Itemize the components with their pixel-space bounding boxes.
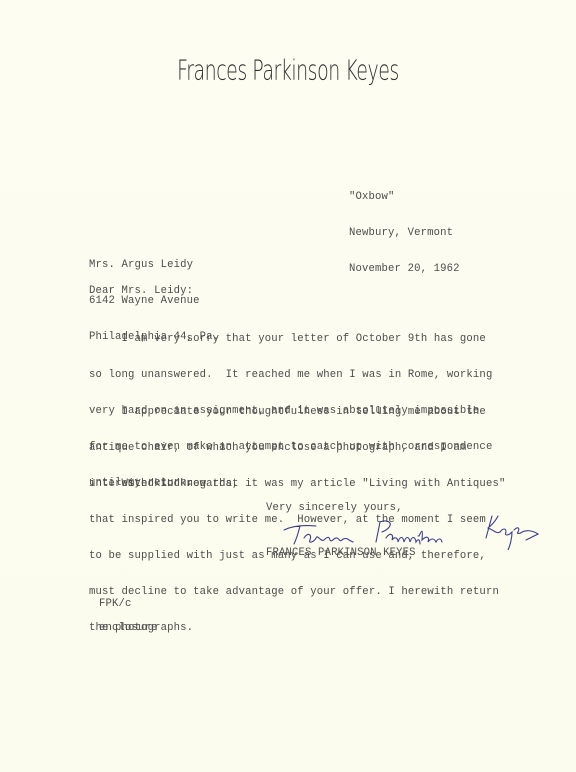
- paragraph-line: I am very sorry that your letter of Octo…: [89, 333, 492, 345]
- paragraph-line: I appreciate your thoughtfulness in tell…: [89, 406, 505, 418]
- salutation: Dear Mrs. Leidy:: [89, 285, 193, 297]
- letter-date: November 20, 1962: [349, 263, 460, 275]
- enclosure-note: enclosure: [99, 622, 158, 634]
- typed-signature-name: FRANCES PARKINSON KEYES: [266, 547, 416, 559]
- handwritten-signature: [282, 510, 562, 550]
- closing-regards: With kind regards,: [89, 478, 239, 490]
- recipient-line: Mrs. Argus Leidy: [89, 259, 219, 271]
- paragraph-line: antique chair, of which you enclose a ph…: [89, 442, 505, 454]
- return-address-line: "Oxbow": [349, 191, 460, 203]
- paragraph-line: so long unanswered. It reached me when I…: [89, 369, 492, 381]
- letterhead: Frances Parkinson Keyes: [0, 55, 576, 87]
- signature-icon: [282, 510, 562, 550]
- return-address-line: Newbury, Vermont: [349, 227, 460, 239]
- return-address: "Oxbow" Newbury, Vermont November 20, 19…: [349, 167, 460, 299]
- paragraph-line: must decline to take advantage of your o…: [89, 586, 505, 598]
- letter-page: Frances Parkinson Keyes "Oxbow" Newbury,…: [0, 0, 576, 772]
- reference-initials: FPK/c: [99, 598, 132, 610]
